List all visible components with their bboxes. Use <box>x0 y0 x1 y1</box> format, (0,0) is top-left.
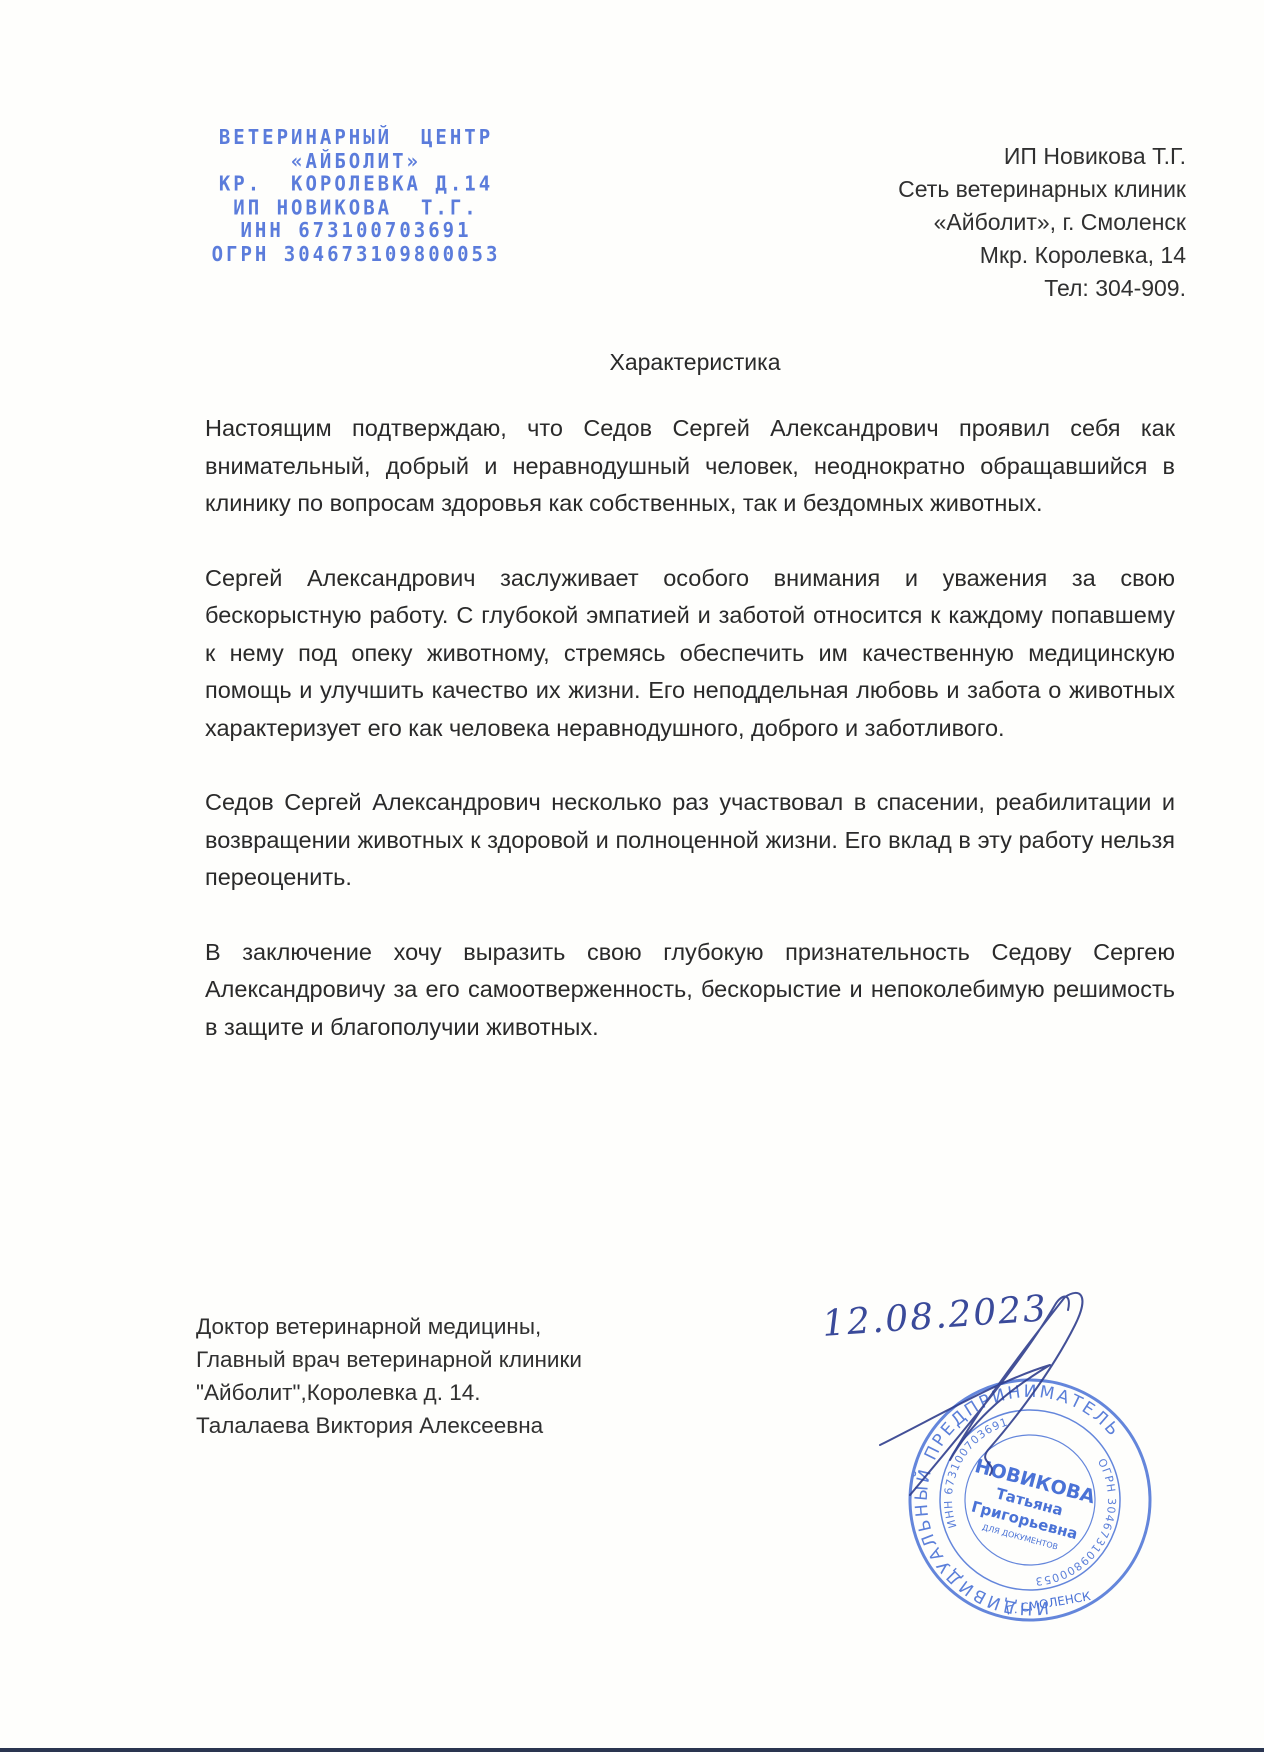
stamp-line: КР. КОРОЛЕВКА Д.14 <box>196 173 516 196</box>
letter-body: Настоящим подтверждаю, что Седов Сергей … <box>205 410 1175 1083</box>
stamp-line: ИНН 673100703691 <box>196 220 516 243</box>
letterhead-line: ИП Новикова Т.Г. <box>898 140 1186 173</box>
document-title: Характеристика <box>0 349 1264 376</box>
letterhead-phone: Тел: 304-909. <box>898 272 1186 305</box>
stamp-line: ИП НОВИКОВА Т.Г. <box>196 197 516 220</box>
scan-edge-strip <box>0 1748 1264 1752</box>
stamp-line: ВЕТЕРИНАРНЫЙ ЦЕНТР <box>196 127 516 150</box>
paragraph: В заключение хочу выразить свою глубокую… <box>205 934 1175 1047</box>
signatory-degree: Доктор ветеринарной медицины, <box>196 1310 582 1343</box>
letterhead-line: Сеть ветеринарных клиник <box>898 173 1186 206</box>
handwritten-signature-icon <box>850 1285 1100 1525</box>
paragraph: Настоящим подтверждаю, что Седов Сергей … <box>205 410 1175 523</box>
letterhead-line: Мкр. Королевка, 14 <box>898 239 1186 272</box>
stamp-line: «АЙБОЛИТ» <box>196 150 516 173</box>
paragraph: Сергей Александрович заслуживает особого… <box>205 560 1175 748</box>
signatory-name: Талалаева Виктория Алексеевна <box>196 1409 582 1442</box>
letterhead-address: ИП Новикова Т.Г. Сеть ветеринарных клини… <box>898 140 1186 305</box>
stamp-line: ОГРН 304673109800053 <box>196 243 516 266</box>
signatory-clinic: "Айболит",Королевка д. 14. <box>196 1376 582 1409</box>
paragraph: Седов Сергей Александрович несколько раз… <box>205 784 1175 897</box>
clinic-rectangular-stamp: ВЕТЕРИНАРНЫЙ ЦЕНТР «АЙБОЛИТ» КР. КОРОЛЕВ… <box>196 127 516 266</box>
signatory-block: Доктор ветеринарной медицины, Главный вр… <box>196 1310 582 1442</box>
signatory-position: Главный врач ветеринарной клиники <box>196 1343 582 1376</box>
letterhead-line: «Айболит», г. Смоленск <box>898 206 1186 239</box>
